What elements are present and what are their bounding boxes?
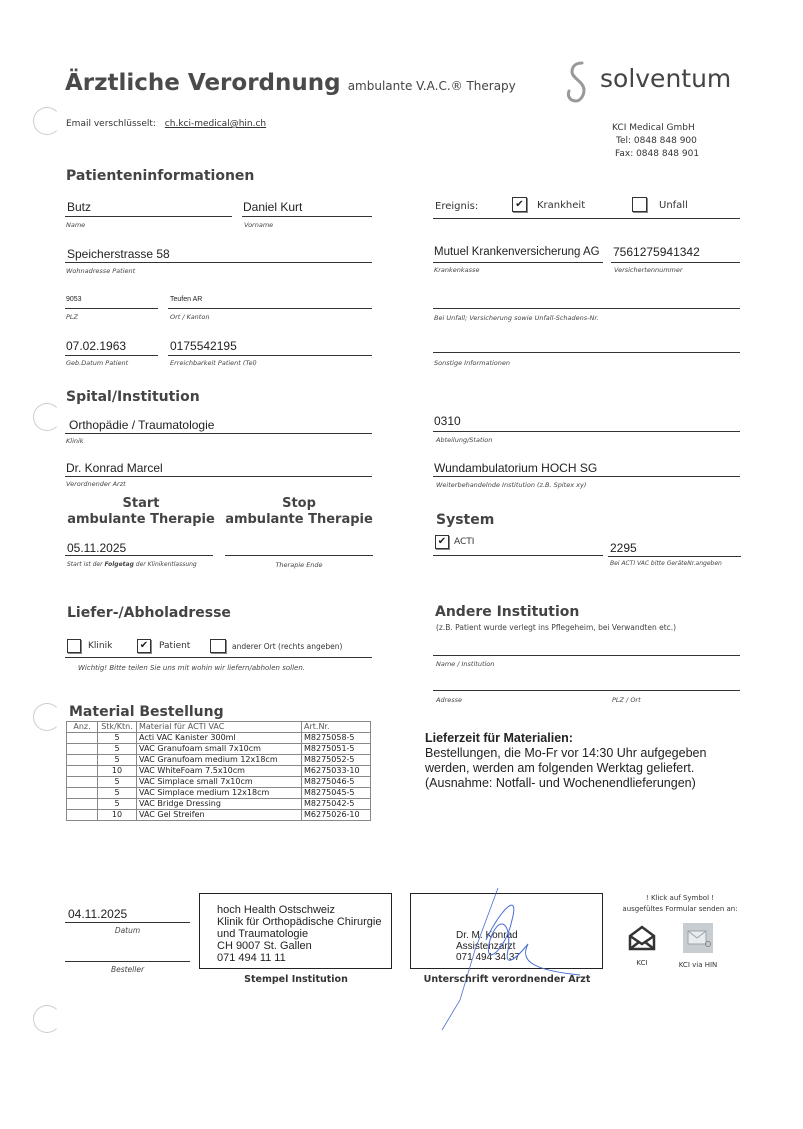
patient-phone-field[interactable]: 0175542195 xyxy=(170,339,237,353)
company-name: KCI Medical GmbH xyxy=(612,122,699,135)
delivery-time-heading: Lieferzeit für Materialien: xyxy=(425,731,706,746)
other-info-field[interactable] xyxy=(433,352,740,353)
company-info: KCI Medical GmbH Tel: 0848 848 900 Fax: … xyxy=(612,122,699,161)
doctor-field[interactable]: Dr. Konrad Marcel xyxy=(66,461,163,475)
material-table-header: Anz. Stk/Ktn. Material für ACTI VAC Art.… xyxy=(67,722,371,733)
material-name-cell: VAC Granufoam small 7x10cm xyxy=(137,744,302,755)
option-unfall-label: Unfall xyxy=(659,200,688,211)
punch-hole xyxy=(33,107,61,135)
option-krankheit-label: Krankheit xyxy=(537,200,585,211)
patient-name-field[interactable]: Butz xyxy=(67,200,91,214)
station-label: Abteilung/Station xyxy=(436,436,492,444)
other-institution-hint: (z.B. Patient wurde verlegt ins Pflegehe… xyxy=(436,623,676,632)
checkbox-unfall[interactable] xyxy=(632,197,647,212)
material-pack-cell: 10 xyxy=(98,810,137,821)
stop-heading: Stop ambulante Therapie xyxy=(225,496,373,528)
delivery-patient-label: Patient xyxy=(159,641,190,651)
title: Ärztliche Verordnung xyxy=(65,70,341,96)
company-fax: Fax: 0848 848 901 xyxy=(612,148,699,161)
punch-hole xyxy=(33,403,61,431)
patient-address-label: Wohnadresse Patient xyxy=(66,267,135,275)
material-pack-cell: 5 xyxy=(98,755,137,766)
material-name-cell: VAC Granufoam medium 12x18cm xyxy=(137,755,302,766)
col-stk: Stk/Ktn. xyxy=(98,722,137,733)
col-anz: Anz. xyxy=(67,722,98,733)
station-field[interactable]: 0310 xyxy=(434,414,461,428)
checkbox-krankheit[interactable]: ✔ xyxy=(512,197,527,212)
section-heading-patient: Patienteninformationen xyxy=(66,168,254,184)
klinik-label: Klinik xyxy=(66,437,84,445)
patient-plz-field[interactable]: 9053 xyxy=(66,296,82,303)
send-hint: ! Klick auf Symbol ! ausgefültes Formula… xyxy=(605,893,755,915)
checkbox-klinik[interactable] xyxy=(67,639,81,653)
material-pack-cell: 5 xyxy=(98,799,137,810)
material-pack-cell: 5 xyxy=(98,744,137,755)
material-qty-cell[interactable] xyxy=(67,777,98,788)
patient-plz-label: PLZ xyxy=(66,313,78,321)
material-row: 5Acti VAC Kanister 300mlM8275058-5 xyxy=(67,733,371,744)
delivery-time-line: Bestellungen, die Mo-Fr vor 14:30 Uhr au… xyxy=(425,746,706,761)
checkbox-patient[interactable]: ✔ xyxy=(137,639,151,653)
checkbox-other-location[interactable] xyxy=(210,639,226,653)
material-name-cell: VAC Simplace medium 12x18cm xyxy=(137,788,302,799)
signature-label: Unterschrift verordnender Arzt xyxy=(410,974,604,985)
patient-birth-field[interactable]: 07.02.1963 xyxy=(66,339,126,353)
solventum-s-icon xyxy=(564,60,590,104)
material-name-cell: VAC WhiteFoam 7.5x10cm xyxy=(137,766,302,777)
email-label: Email verschlüsselt: xyxy=(66,119,156,129)
patient-ort-label: Ort / Kanton xyxy=(170,313,209,321)
material-pack-cell: 5 xyxy=(98,777,137,788)
start-heading: Start ambulante Therapie xyxy=(66,496,216,528)
material-row: 5VAC Simplace small 7x10cmM8275046-5 xyxy=(67,777,371,788)
accident-label: Bei Unfall; Versicherung sowie Unfall-Sc… xyxy=(434,314,599,322)
followup-label: Weiterbehandelnde Institution (z.B. Spit… xyxy=(436,481,586,489)
material-pack-cell: 10 xyxy=(98,766,137,777)
section-heading-system: System xyxy=(436,512,494,528)
stamp-box: hoch Health Ostschweiz Klinik für Orthop… xyxy=(199,893,392,969)
material-row: 5VAC Granufoam small 7x10cmM8275051-5 xyxy=(67,744,371,755)
other-institution-name-label: Name / Institution xyxy=(436,660,494,668)
section-heading-material: Material Bestellung xyxy=(69,704,224,720)
material-article-cell: M6275033-10 xyxy=(302,766,371,777)
material-pack-cell: 5 xyxy=(98,733,137,744)
section-heading-delivery: Liefer-/Abholadresse xyxy=(67,605,231,621)
section-heading-other-institution: Andere Institution xyxy=(435,604,579,620)
patient-name-label: Name xyxy=(66,221,85,229)
other-institution-name-field[interactable] xyxy=(433,655,740,656)
other-institution-plz-label: PLZ / Ort xyxy=(612,696,641,704)
section-heading-hospital: Spital/Institution xyxy=(66,389,200,405)
accident-field[interactable] xyxy=(433,308,740,309)
therapy-stop-field[interactable] xyxy=(225,555,373,556)
material-qty-cell[interactable] xyxy=(67,766,98,777)
punch-hole xyxy=(33,1005,61,1033)
delivery-klinik-label: Klinik xyxy=(88,641,112,651)
checkbox-acti[interactable]: ✔ xyxy=(435,535,449,549)
patient-vorname-label: Vorname xyxy=(244,221,273,229)
patient-ort-field[interactable]: Teufen AR xyxy=(170,296,202,303)
brand-logo: solventum xyxy=(562,60,762,105)
stamp-label: Stempel Institution xyxy=(199,974,393,985)
material-row: 10VAC Gel StreifenM6275026-10 xyxy=(67,810,371,821)
material-qty-cell[interactable] xyxy=(67,799,98,810)
document-title: Ärztliche Verordnung ambulante V.A.C.® T… xyxy=(65,70,516,96)
device-number-label: Bei ACTI VAC bitte GeräteNr.angeben xyxy=(610,560,722,567)
patient-birth-label: Geb.Datum Patient xyxy=(66,359,128,367)
insured-number-label: Versichertennummer xyxy=(614,266,683,274)
material-pack-cell: 5 xyxy=(98,788,137,799)
material-qty-cell[interactable] xyxy=(67,755,98,766)
material-article-cell: M8275052-5 xyxy=(302,755,371,766)
insured-number-field[interactable]: 7561275941342 xyxy=(613,245,700,259)
material-article-cell: M6275026-10 xyxy=(302,810,371,821)
material-article-cell: M8275051-5 xyxy=(302,744,371,755)
material-qty-cell[interactable] xyxy=(67,744,98,755)
insurer-label: Krankenkasse xyxy=(434,266,479,274)
material-name-cell: VAC Bridge Dressing xyxy=(137,799,302,810)
material-article-cell: M8275042-5 xyxy=(302,799,371,810)
handwritten-signature xyxy=(420,880,590,1040)
material-article-cell: M8275046-5 xyxy=(302,777,371,788)
doctor-label: Verordnender Arzt xyxy=(66,480,126,488)
patient-phone-label: Erreichbarkeit Patient (Tel) xyxy=(170,359,257,367)
delivery-note: Wichtig! Bitte teilen Sie uns mit wohin … xyxy=(78,664,305,672)
delivery-time-line: (Ausnahme: Notfall- und Wochenendlieferu… xyxy=(425,776,706,791)
acti-label: ACTI xyxy=(454,537,474,547)
followup-field[interactable]: Wundambulatorium HOCH SG xyxy=(434,461,597,475)
company-tel: Tel: 0848 848 900 xyxy=(612,135,699,148)
send-kci-button[interactable]: KCI xyxy=(624,925,660,967)
envelope-key-icon xyxy=(683,923,713,953)
email-row: Email verschlüsselt: ch.kci-medical@hin.… xyxy=(66,119,266,129)
subtitle: ambulante V.A.C.® Therapy xyxy=(348,79,516,93)
other-institution-address-field[interactable] xyxy=(433,690,740,691)
patient-vorname-field[interactable]: Daniel Kurt xyxy=(243,200,302,214)
patient-address-field[interactable]: Speicherstrasse 58 xyxy=(67,247,170,261)
device-number-field[interactable]: 2295 xyxy=(610,541,637,555)
therapy-start-field[interactable]: 05.11.2025 xyxy=(67,541,126,555)
email-link[interactable]: ch.kci-medical@hin.ch xyxy=(165,119,266,129)
orderer-field[interactable] xyxy=(65,961,190,962)
material-name-cell: VAC Simplace small 7x10cm xyxy=(137,777,302,788)
material-row: 10VAC WhiteFoam 7.5x10cmM6275033-10 xyxy=(67,766,371,777)
material-row: 5VAC Simplace medium 12x18cmM8275045-5 xyxy=(67,788,371,799)
other-institution-address-label: Adresse xyxy=(436,696,462,704)
material-qty-cell[interactable] xyxy=(67,810,98,821)
delivery-other-label: anderer Ort (rechts angeben) xyxy=(232,642,342,651)
material-article-cell: M8275058-5 xyxy=(302,733,371,744)
order-date-label: Datum xyxy=(65,926,190,935)
insurer-field[interactable]: Mutuel Krankenversicherung AG xyxy=(434,246,600,258)
material-name-cell: VAC Gel Streifen xyxy=(137,810,302,821)
send-kci-label: KCI xyxy=(624,959,660,967)
brand-name: solventum xyxy=(600,64,731,93)
punch-hole xyxy=(33,703,61,731)
col-art: Art.Nr. xyxy=(302,722,371,733)
delivery-time-block: Lieferzeit für Materialien: Bestellungen… xyxy=(425,731,706,791)
delivery-time-line: werden, werden am folgenden Werktag geli… xyxy=(425,761,706,776)
orderer-label: Besteller xyxy=(65,965,190,974)
envelope-open-icon xyxy=(627,925,657,951)
material-table: Anz. Stk/Ktn. Material für ACTI VAC Art.… xyxy=(66,721,371,821)
material-row: 5VAC Bridge DressingM8275042-5 xyxy=(67,799,371,810)
therapy-stop-label: Therapie Ende xyxy=(225,561,373,569)
order-date-field[interactable]: 04.11.2025 xyxy=(68,907,127,921)
send-hin-button[interactable]: KCI via HIN xyxy=(676,923,720,969)
material-name-cell: Acti VAC Kanister 300ml xyxy=(137,733,302,744)
klinik-field[interactable]: Orthopädie / Traumatologie xyxy=(69,418,214,432)
material-article-cell: M8275045-5 xyxy=(302,788,371,799)
other-info-label: Sonstige Informationen xyxy=(434,359,510,367)
material-qty-cell[interactable] xyxy=(67,788,98,799)
stamp-text: hoch Health Ostschweiz Klinik für Orthop… xyxy=(217,904,381,964)
material-row: 5VAC Granufoam medium 12x18cmM8275052-5 xyxy=(67,755,371,766)
col-material: Material für ACTI VAC xyxy=(137,722,302,733)
send-hin-label: KCI via HIN xyxy=(676,961,720,969)
material-qty-cell[interactable] xyxy=(67,733,98,744)
therapy-start-label: Start ist der Folgetag der Klinikentlass… xyxy=(67,561,197,568)
event-label: Ereignis: xyxy=(435,201,478,212)
